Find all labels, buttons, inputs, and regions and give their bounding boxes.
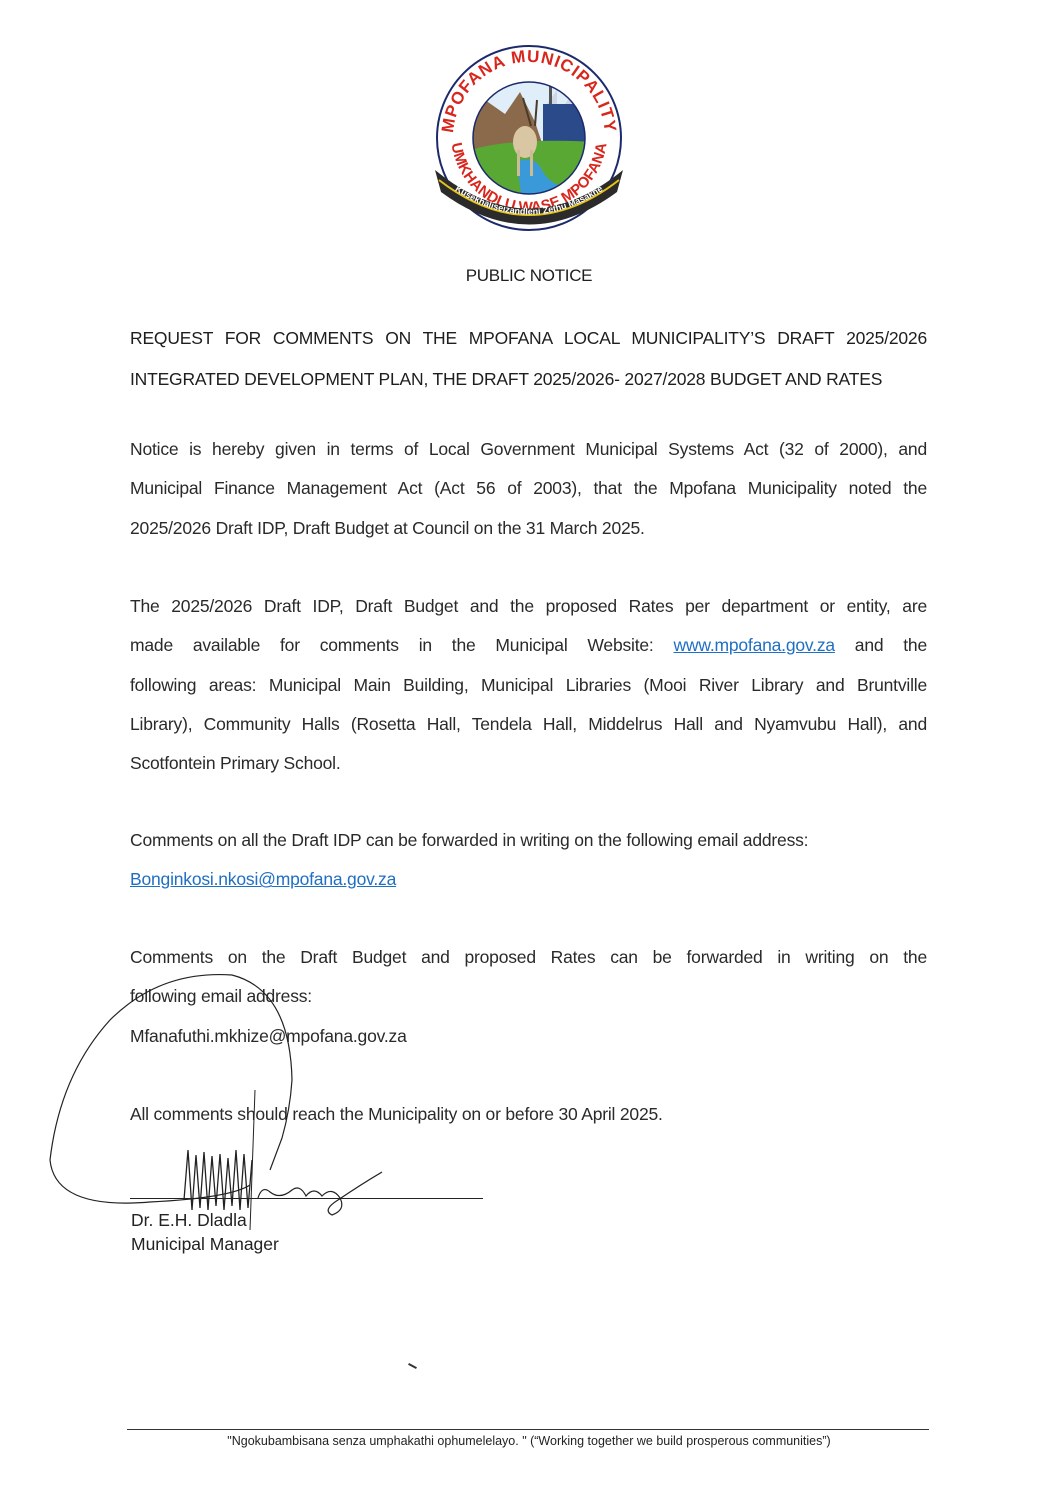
paragraph-deadline: All comments should reach the Municipali… [130,1095,927,1134]
idp-email-link[interactable]: Bonginkosi.nkosi@mpofana.gov.za [130,860,396,899]
para4-line1: Comments on the Draft Budget and propose… [130,938,927,977]
paragraph-notice: Notice is hereby given in terms of Local… [130,430,927,548]
para2-line3: following areas: Municipal Main Building… [130,666,927,705]
paragraph-availability: The 2025/2026 Draft IDP, Draft Budget an… [130,587,927,783]
para4-line2: following email address: [130,977,927,1016]
paragraph-budget-comments: Comments on the Draft Budget and propose… [130,938,927,1056]
paragraph-idp-comments: Comments on all the Draft IDP can be for… [130,821,927,900]
para1-line1: Notice is hereby given in terms of Local… [130,430,927,469]
para1-line3: 2025/2026 Draft IDP, Draft Budget at Cou… [130,509,927,548]
stray-mark [408,1363,417,1369]
signatory-block: Dr. E.H. Dladla Municipal Manager [131,1208,279,1256]
para2-line1: The 2025/2026 Draft IDP, Draft Budget an… [130,587,927,626]
para2-line4: Library), Community Halls (Rosetta Hall,… [130,705,927,744]
budget-email: Mfanafuthi.mkhize@mpofana.gov.za [130,1017,927,1056]
para1-line2: Municipal Finance Management Act (Act 56… [130,469,927,508]
footer-divider [127,1429,929,1430]
signatory-name: Dr. E.H. Dladla [131,1208,279,1232]
signature-line [130,1198,483,1199]
para2-line5: Scotfontein Primary School. [130,744,927,783]
para2-line2: made available for comments in the Munic… [130,626,927,665]
deadline-text: All comments should reach the Municipali… [130,1095,927,1134]
para3-text: Comments on all the Draft IDP can be for… [130,821,927,860]
notice-subject: REQUEST FOR COMMENTS ON THE MPOFANA LOCA… [130,318,927,400]
website-link[interactable]: www.mpofana.gov.za [673,635,834,655]
municipality-logo: MPOFANA MUNICIPALITY UMKHANDLU WASE MPOF… [425,42,633,232]
signatory-title: Municipal Manager [131,1232,279,1256]
subject-line-1: REQUEST FOR COMMENTS ON THE MPOFANA LOCA… [130,318,927,359]
subject-line-2: INTEGRATED DEVELOPMENT PLAN, THE DRAFT 2… [130,369,882,389]
notice-title: PUBLIC NOTICE [0,266,1058,286]
footer-motto: "Ngokubambisana senza umphakathi ophumel… [0,1434,1058,1448]
